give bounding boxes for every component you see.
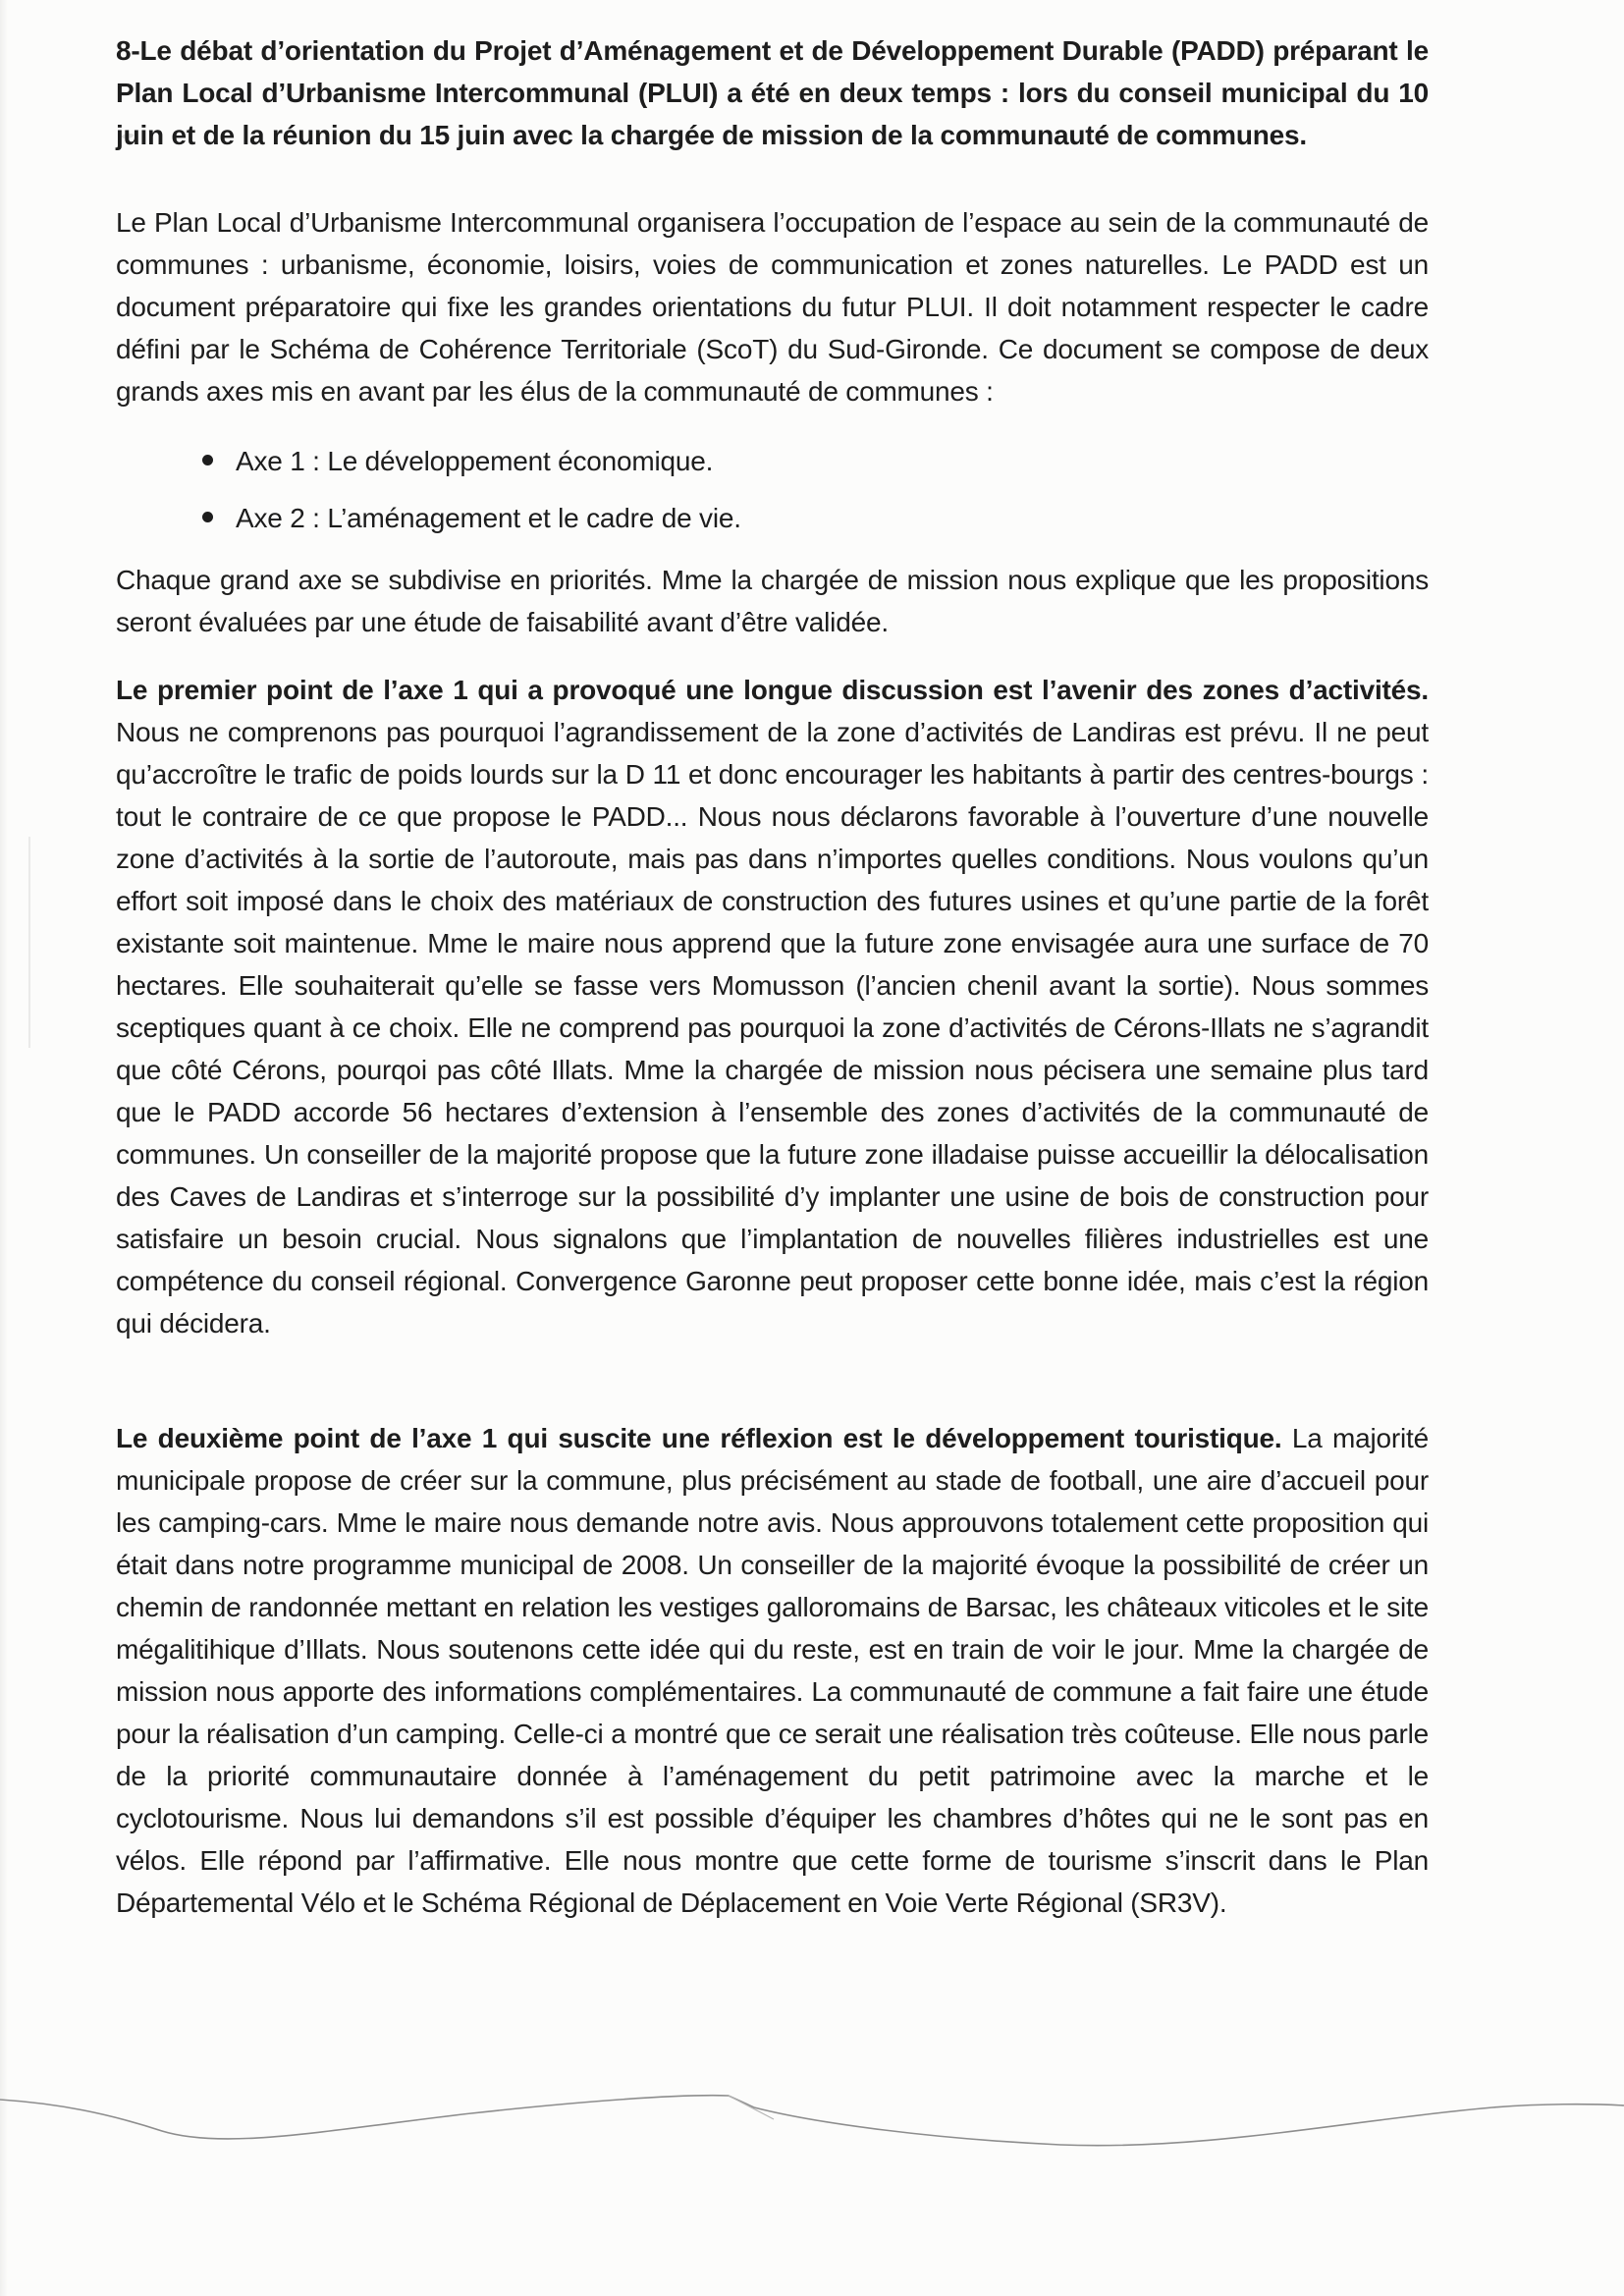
point1-body-text: Nous ne comprenons pas pourquoi l’agrand… bbox=[116, 717, 1429, 1339]
scan-streak-artifact bbox=[28, 837, 30, 1048]
axes-note-paragraph: Chaque grand axe se subdivise en priorit… bbox=[116, 559, 1429, 643]
scan-crease-artifact bbox=[0, 2080, 1624, 2198]
intro-paragraph: 8-Le débat d’orientation du Projet d’Amé… bbox=[116, 29, 1429, 156]
point2-paragraph: Le deuxième point de l’axe 1 qui suscite… bbox=[116, 1417, 1429, 1924]
bullet-icon bbox=[202, 512, 213, 522]
scan-edge-shadow bbox=[0, 0, 8, 2296]
list-item-axe-1: Axe 1 : Le développement économique. bbox=[116, 440, 1429, 482]
axe-2-label: Axe 2 : L’aménagement et le cadre de vie… bbox=[236, 503, 741, 533]
point1-paragraph: Le premier point de l’axe 1 qui a provoq… bbox=[116, 669, 1429, 1344]
document-body: 8-Le débat d’orientation du Projet d’Amé… bbox=[116, 29, 1429, 1924]
point1-lead-sentence: Le premier point de l’axe 1 qui a provoq… bbox=[116, 675, 1429, 705]
bullet-icon bbox=[202, 455, 213, 465]
axes-bullet-list: Axe 1 : Le développement économique. Axe… bbox=[116, 440, 1429, 539]
plui-paragraph: Le Plan Local d’Urbanisme Intercommunal … bbox=[116, 201, 1429, 412]
point2-body-text: La majorité municipale propose de créer … bbox=[116, 1423, 1429, 1918]
point2-lead-sentence: Le deuxième point de l’axe 1 qui suscite… bbox=[116, 1423, 1281, 1453]
axe-1-label: Axe 1 : Le développement économique. bbox=[236, 446, 713, 476]
list-item-axe-2: Axe 2 : L’aménagement et le cadre de vie… bbox=[116, 497, 1429, 539]
scanned-document-page: 8-Le débat d’orientation du Projet d’Amé… bbox=[0, 0, 1624, 2296]
